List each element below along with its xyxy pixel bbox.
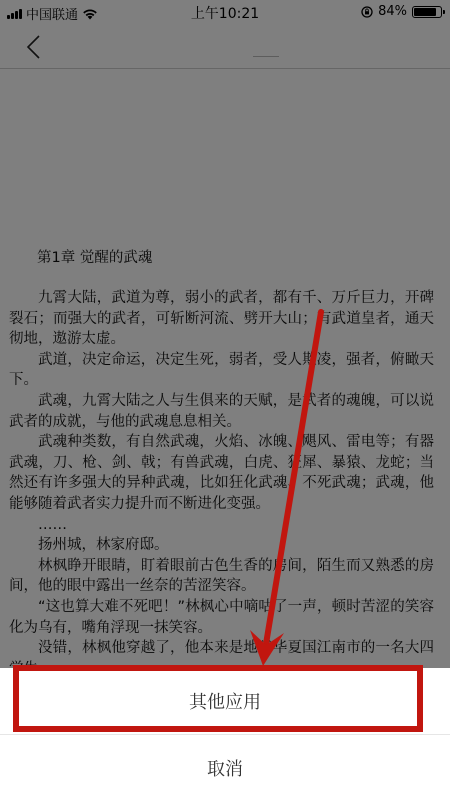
cancel-button[interactable]: 取消 <box>0 735 450 800</box>
modal-backdrop[interactable] <box>0 0 450 668</box>
annotation-highlight-box <box>13 665 423 732</box>
reader-page: 中国联通 上午10:21 84% 第1章 觉醒的武魂 九霄大陆，武道 <box>0 0 450 800</box>
